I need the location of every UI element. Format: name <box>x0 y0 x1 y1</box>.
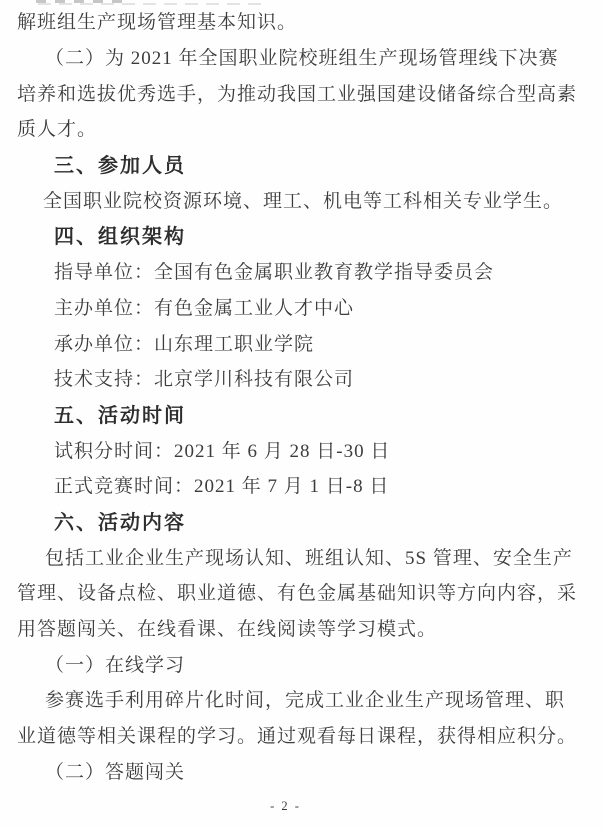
section-heading-schedule: 五、活动时间 <box>17 396 554 432</box>
paragraph-line: 解班组生产现场管理基本知识。 <box>17 3 554 39</box>
section-heading-organization: 四、组织架构 <box>17 217 554 253</box>
org-line-organizer-unit: 承办单位：山东理工职业学院 <box>17 324 554 360</box>
paragraph-line: 包括工业企业生产现场认知、班组认知、5S 管理、安全生产 <box>17 538 554 574</box>
section-heading-content: 六、活动内容 <box>17 503 554 539</box>
paragraph-line: 业道德等相关课程的学习。通过观看每日课程，获得相应积分。 <box>17 717 554 753</box>
paragraph-line: 质人才。 <box>17 110 554 146</box>
subsection-heading-quiz-challenge: （二）答题闯关 <box>17 752 554 788</box>
org-line-guidance-unit: 指导单位：全国有色金属职业教育教学指导委员会 <box>17 253 554 289</box>
section-heading-participants: 三、参加人员 <box>17 146 554 182</box>
page-number: - 2 - <box>17 799 554 814</box>
paragraph-line: （二）为 2021 年全国职业院校班组生产现场管理线下决赛 <box>17 39 554 75</box>
paragraph-line: 培养和选拔优秀选手，为推动我国工业强国建设储备综合型高素 <box>17 74 554 110</box>
org-line-tech-support: 技术支持：北京学川科技有限公司 <box>17 360 554 396</box>
paragraph-line: 用答题闯关、在线看课、在线阅读等学习模式。 <box>17 610 554 646</box>
paragraph-line: 全国职业院校资源环境、理工、机电等工科相关专业学生。 <box>17 181 554 217</box>
subsection-heading-online-learning: （一）在线学习 <box>17 645 554 681</box>
org-line-host-unit: 主办单位：有色金属工业人才中心 <box>17 289 554 325</box>
paragraph-line: 参赛选手利用碎片化时间，完成工业企业生产现场管理、职 <box>17 681 554 717</box>
paragraph-line: 管理、设备点检、职业道德、有色金属基础知识等方向内容，采 <box>17 574 554 610</box>
schedule-line-trial-period: 试积分时间：2021 年 6 月 28 日-30 日 <box>17 431 554 467</box>
document-body: 解班组生产现场管理基本知识。 （二）为 2021 年全国职业院校班组生产现场管理… <box>17 3 554 788</box>
document-page: 解班组生产现场管理基本知识。 （二）为 2021 年全国职业院校班组生产现场管理… <box>0 0 604 829</box>
schedule-line-official-period: 正式竞赛时间：2021 年 7 月 1 日-8 日 <box>17 467 554 503</box>
